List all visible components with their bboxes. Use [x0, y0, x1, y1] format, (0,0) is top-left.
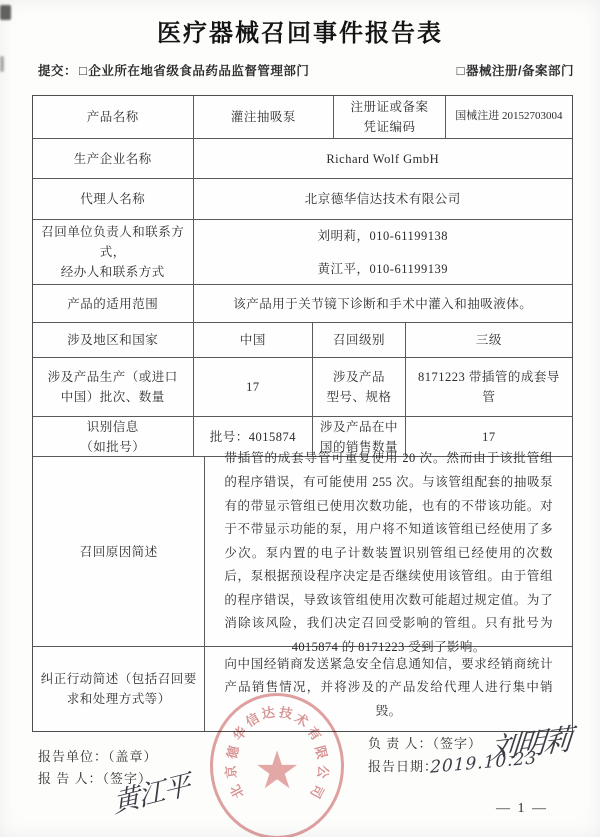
model-label-line2: 型号、规格 [327, 387, 392, 407]
star-icon: ★ [254, 746, 301, 798]
recall-reason-label: 召回原因简述 [33, 457, 204, 646]
submit-option2-label: 器械注册/备案部门 [466, 64, 574, 78]
contacts-label-line2: 经办人和联系方式 [61, 262, 165, 282]
stamp-text-char: 公 [314, 765, 334, 780]
corrective-action-label-line1: 纠正行动简述（包括召回要 [41, 669, 197, 689]
recall-reason-text: 带插管的成套导管可重复使用 20 次。然而由于该批管组的程序错误，有可能使用 2… [211, 441, 566, 661]
row-product-name: 产品名称 灌注抽吸泵 注册证或备案 凭证编码 国械注进 20152703004 [33, 96, 572, 138]
recall-reason-value: 带插管的成套导管可重复使用 20 次。然而由于该批管组的程序错误，有可能使用 2… [204, 457, 572, 646]
model-label: 涉及产品 型号、规格 [312, 358, 405, 416]
stamp-text-char: 北 [224, 782, 247, 802]
page-number: — 1 — [496, 801, 548, 817]
scope-value: 该产品用于关节镜下诊断和手术中灌入和抽吸液体。 [193, 285, 572, 322]
region-label: 涉及地区和国家 [33, 323, 193, 357]
contact-person-1: 刘明莉，010-61199138 [318, 226, 448, 246]
checkbox-icon: □ [79, 63, 87, 78]
stamp-text-char: 华 [228, 723, 251, 745]
row-contacts: 召回单位负责人和联系方式， 经办人和联系方式 刘明莉，010-61199138 … [33, 219, 572, 284]
submit-option1-label: 企业所在地省级食品药品监督管理部门 [88, 64, 309, 78]
scope-label: 产品的适用范围 [33, 285, 193, 322]
stamp-text-char: 限 [312, 743, 334, 760]
recall-level-value: 三级 [405, 323, 572, 357]
contacts-value: 刘明莉，010-61199138 黄江平，010-61199139 [193, 220, 572, 284]
agent-value: 北京德华信达技术有限公司 [193, 179, 572, 219]
submit-option-left: 提交：□企业所在地省级食品药品监督管理部门 [38, 61, 309, 79]
row-batches: 涉及产品生产（或进口 中国）批次、数量 17 涉及产品 型号、规格 817122… [33, 357, 572, 416]
stamp-text-char: 信 [241, 708, 262, 731]
report-date-handwritten: 2019.10.23 [430, 748, 537, 777]
reg-cert-value: 国械注进 20152703004 [445, 96, 572, 138]
row-recall-reason: 召回原因简述 带插管的成套导管可重复使用 20 次。然而由于该批管组的程序错误，… [33, 456, 572, 646]
identification-label-line1: 识别信息 [87, 417, 139, 437]
recall-level-label: 召回级别 [312, 323, 405, 357]
row-manufacturer: 生产企业名称 Richard Wolf GmbH [33, 138, 572, 178]
form-title: 医疗器械召回事件报告表 [0, 13, 600, 48]
responsible-label: 负 责 人：（签字） [368, 733, 482, 752]
stamp-text-char: 司 [307, 782, 330, 802]
batches-label-line1: 涉及产品生产（或进口 [48, 367, 178, 387]
corrective-action-label-line2: 求和处理方式等） [67, 689, 171, 709]
report-unit-label: 报告单位：（盖章） [38, 746, 158, 765]
submit-option-right: □器械注册/备案部门 [455, 61, 574, 79]
corrective-action-label: 纠正行动简述（包括召回要 求和处理方式等） [33, 647, 204, 731]
region-value: 中国 [193, 323, 313, 357]
row-region: 涉及地区和国家 中国 召回级别 三级 [33, 322, 572, 357]
stamp-text-char: 有 [303, 723, 326, 745]
identification-label-line2: （如批号） [80, 437, 145, 457]
reg-cert-label-line2: 凭证编码 [363, 117, 415, 137]
company-stamp: ★ 北京德华信达技术有限公司 [210, 693, 344, 837]
contacts-label-line1: 召回单位负责人和联系方式， [39, 222, 187, 262]
row-agent: 代理人名称 北京德华信达技术有限公司 [33, 178, 572, 219]
batches-label-line2: 中国）批次、数量 [61, 387, 165, 407]
document-page: 医疗器械召回事件报告表 提交：□企业所在地省级食品药品监督管理部门 □器械注册/… [0, 0, 600, 837]
reg-cert-label-line1: 注册证或备案 [350, 97, 428, 117]
agent-label: 代理人名称 [33, 179, 193, 219]
submit-prefix: 提交： [38, 64, 77, 78]
row-scope: 产品的适用范围 该产品用于关节镜下诊断和手术中灌入和抽吸液体。 [33, 284, 572, 322]
model-label-line1: 涉及产品 [333, 367, 385, 387]
batches-value: 17 [193, 358, 313, 416]
china-sales-label-line1: 涉及产品在中 [320, 417, 398, 437]
reg-cert-label: 注册证或备案 凭证编码 [333, 96, 445, 138]
contacts-label: 召回单位负责人和联系方式， 经办人和联系方式 [33, 220, 193, 284]
model-value: 8171223 带插管的成套导管 [405, 358, 572, 416]
scan-artifact [0, 56, 4, 72]
contact-person-2: 黄江平，010-61199139 [318, 259, 448, 279]
report-table: 产品名称 灌注抽吸泵 注册证或备案 凭证编码 国械注进 20152703004 … [32, 95, 573, 732]
stamp-text-char: 德 [221, 743, 243, 760]
checkbox-icon: □ [457, 63, 465, 78]
batches-label: 涉及产品生产（或进口 中国）批次、数量 [33, 358, 193, 416]
submit-line: 提交：□企业所在地省级食品药品监督管理部门 □器械注册/备案部门 [38, 61, 574, 79]
stamp-text-char: 技 [278, 701, 294, 722]
stamp-text-char: 京 [220, 765, 240, 780]
product-name-label: 产品名称 [33, 96, 193, 138]
manufacturer-value: Richard Wolf GmbH [193, 139, 572, 178]
stamp-text-char: 达 [260, 701, 276, 722]
product-name-value: 灌注抽吸泵 [193, 96, 334, 138]
report-date-label: 报告日期： [368, 756, 438, 775]
manufacturer-label: 生产企业名称 [33, 139, 193, 178]
identification-label: 识别信息 （如批号） [33, 417, 193, 456]
